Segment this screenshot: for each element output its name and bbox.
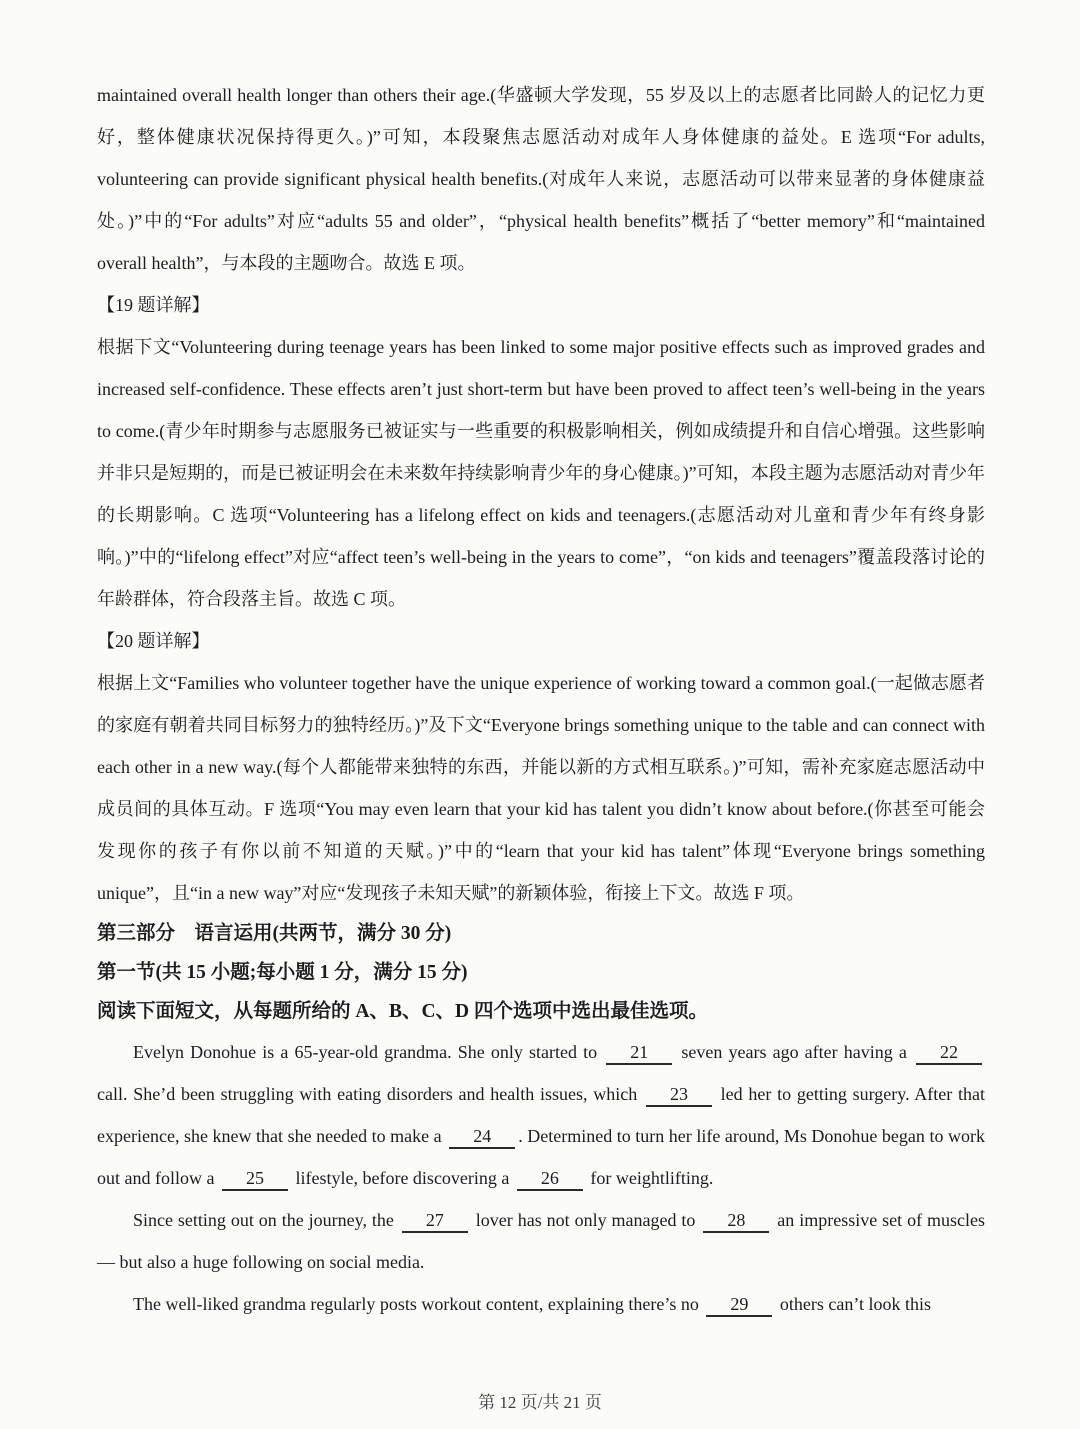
cloze-paragraph-3: The well-liked grandma regularly posts w… bbox=[97, 1283, 985, 1325]
cloze-blank-22: 22 bbox=[916, 1043, 982, 1065]
cloze-blank-29: 29 bbox=[706, 1295, 772, 1317]
text-run: 根据下文“Volunteering during teenage years h… bbox=[97, 337, 985, 609]
cloze-blank-26: 26 bbox=[517, 1169, 583, 1191]
text-run: Since setting out on the journey, the bbox=[133, 1210, 399, 1230]
heading-part-three: 第三部分 语言运用(共两节，满分 30 分) bbox=[97, 914, 985, 953]
para-19-explanation: 根据下文“Volunteering during teenage years h… bbox=[97, 326, 985, 620]
text-run: 【20 题详解】 bbox=[97, 631, 210, 651]
cloze-blank-27: 27 bbox=[402, 1211, 468, 1233]
heading-section-one: 第一节(共 15 小题;每小题 1 分，满分 15 分) bbox=[97, 953, 985, 992]
para-20-explanation: 根据上文“Families who volunteer together hav… bbox=[97, 662, 985, 914]
cloze-blank-28: 28 bbox=[703, 1211, 769, 1233]
text-run: for weightlifting. bbox=[586, 1168, 713, 1188]
text-run: others can’t look this bbox=[775, 1294, 931, 1314]
text-run: 阅读下面短文，从每题所给的 A、B、C、D 四个选项中选出最佳选项。 bbox=[97, 1001, 708, 1022]
text-run: call. She’d been struggling with eating … bbox=[97, 1084, 643, 1104]
label-question-19-explanation: 【19 题详解】 bbox=[97, 284, 985, 326]
document-body: maintained overall health longer than ot… bbox=[97, 74, 985, 1325]
text-run: maintained overall health longer than ot… bbox=[97, 85, 985, 273]
cloze-blank-24: 24 bbox=[449, 1127, 515, 1149]
text-run: lover has not only managed to bbox=[471, 1210, 701, 1230]
cloze-paragraph-1: Evelyn Donohue is a 65-year-old grandma.… bbox=[97, 1031, 985, 1199]
text-run: 第三部分 语言运用(共两节，满分 30 分) bbox=[97, 923, 451, 944]
text-run: 【19 题详解】 bbox=[97, 295, 210, 315]
para-18-explanation-continued: maintained overall health longer than ot… bbox=[97, 74, 985, 284]
text-run: seven years ago after having a bbox=[675, 1042, 913, 1062]
cloze-blank-21: 21 bbox=[606, 1043, 672, 1065]
text-run: 根据上文“Families who volunteer together hav… bbox=[97, 673, 985, 903]
document-page: maintained overall health longer than ot… bbox=[0, 0, 1080, 1429]
cloze-blank-25: 25 bbox=[222, 1169, 288, 1191]
heading-instructions: 阅读下面短文，从每题所给的 A、B、C、D 四个选项中选出最佳选项。 bbox=[97, 992, 985, 1031]
cloze-blank-23: 23 bbox=[646, 1085, 712, 1107]
cloze-paragraph-2: Since setting out on the journey, the 27… bbox=[97, 1199, 985, 1283]
text-run: lifestyle, before discovering a bbox=[291, 1168, 514, 1188]
label-question-20-explanation: 【20 题详解】 bbox=[97, 620, 985, 662]
text-run: Evelyn Donohue is a 65-year-old grandma.… bbox=[133, 1042, 603, 1062]
text-run: 第一节(共 15 小题;每小题 1 分，满分 15 分) bbox=[97, 962, 467, 983]
page-footer: 第 12 页/共 21 页 bbox=[0, 1388, 1080, 1413]
text-run: The well-liked grandma regularly posts w… bbox=[133, 1294, 703, 1314]
